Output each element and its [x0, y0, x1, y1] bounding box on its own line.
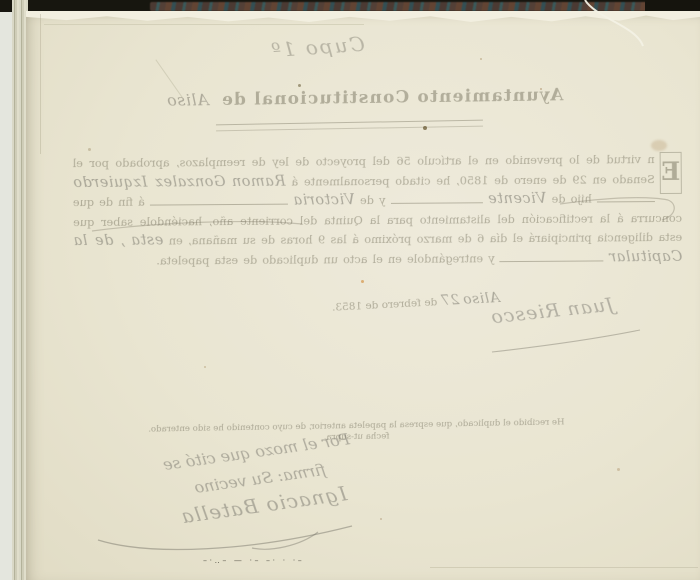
foxing-spot [204, 366, 206, 368]
handwritten-de-la: , de la [73, 233, 125, 249]
crease-line [430, 567, 698, 568]
foxing-spot [298, 84, 301, 87]
printed-date-text: de febrero de 1853. [332, 296, 438, 313]
dropcap-initial: E [660, 152, 682, 194]
heading-place-handwritten: Aliso [166, 90, 208, 110]
ink-bleed-marks: –·‥– — ·– –· · ·– [203, 556, 433, 565]
foxing-spot [617, 468, 620, 471]
blank-rule [150, 197, 288, 205]
scanned-book-page: Cupo 1º Ayuntamiento Constitucional de A… [0, 0, 700, 580]
handwritten-place-word: esta [131, 232, 164, 248]
blank-rule [500, 254, 604, 262]
crease-line [44, 24, 364, 25]
torn-top-edge [26, 11, 700, 24]
handwritten-annotation: Cupo 1º [231, 29, 402, 65]
marbled-cover-edge [150, 2, 655, 11]
paper-page: Cupo 1º Ayuntamiento Constitucional de A… [26, 11, 700, 580]
form-body-paragraph: E n virtud de lo prevenido en el artícul… [73, 150, 683, 271]
printed-text: hijo de [552, 193, 592, 206]
heading-printed-text: Ayuntamiento Constitucional de [221, 85, 564, 110]
foxing-spot [88, 148, 91, 151]
foxing-spot [361, 280, 364, 283]
blank-rule [597, 195, 655, 203]
foxing-spot [480, 58, 482, 60]
foxing-spot [540, 88, 542, 90]
handwritten-mother: Victoria [293, 192, 355, 208]
handwritten-first-name: Ramon [231, 173, 285, 189]
handwritten-capitular: Capitular [609, 248, 683, 265]
printed-text: y de [360, 194, 386, 207]
foxing-spot [423, 126, 427, 130]
handwritten-date-day: 27 [440, 292, 460, 309]
blank-rule [390, 196, 482, 204]
form-heading: Ayuntamiento Constitucional de Aliso [118, 85, 612, 112]
crease-line [40, 14, 41, 154]
heading-double-rule [216, 120, 483, 132]
handwritten-surname: Gonzalez Izquierdo [73, 174, 226, 191]
foxing-spot [651, 140, 667, 151]
foxing-spot [380, 518, 382, 520]
printed-text: y entregándole en el acto un duplicado d… [156, 252, 494, 267]
handwritten-father: Vicente [488, 191, 547, 207]
